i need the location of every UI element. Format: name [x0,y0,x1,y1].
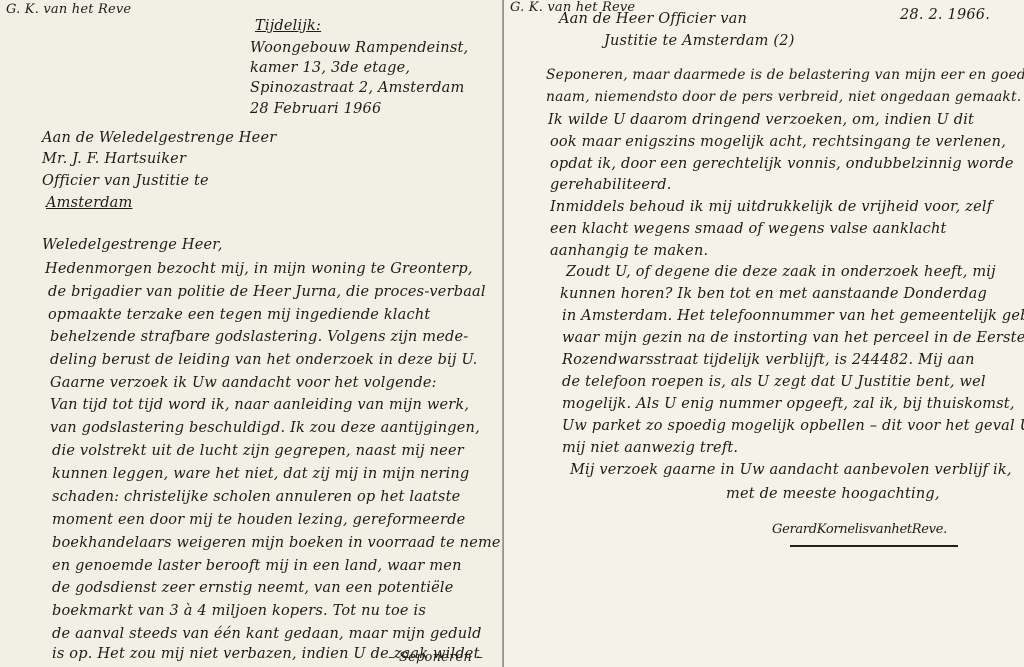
body-line: mij niet aanwezig treft. [562,440,738,456]
body-line: Inmiddels behoud ik mij uitdrukkelijk de… [550,199,992,215]
body-line: Ik wilde U daarom dringend verzoeken, om… [548,112,974,128]
closing: met de meeste hoogachting, [726,486,940,502]
letter-page-2: G. K. van het Reve Aan de Heer Officier … [504,0,1024,667]
body-line: van godslastering beschuldigd. Ik zou de… [50,420,480,436]
body-line: kunnen horen? Ik ben tot en met aanstaan… [560,286,987,302]
body-line: naam, niemendsto door de pers verbreid, … [546,89,1021,105]
body-line: Seponeren, maar daarmede is de belasteri… [546,67,1024,83]
address-line: Woongebouw Rampendeinst, [250,40,468,56]
body-line: boekhandelaars weigeren mijn boeken in v… [52,535,515,551]
body-line: opmaakte terzake een tegen mij ingediend… [48,307,430,323]
catchword: – Seponeren – [388,650,483,665]
body-line: gerehabiliteerd. [550,177,672,193]
body-line: een klacht wegens smaad of wegens valse … [550,221,947,237]
letter-date: 28. 2. 1966. [900,7,990,23]
body-line: waar mijn gezin na de instorting van het… [562,330,1024,346]
body-line: moment een door mij te houden lezing, ge… [52,512,465,528]
recipient-city: Amsterdam [46,195,132,211]
body-line: de telefoon roepen is, als U zegt dat U … [562,374,986,390]
body-line: de aanval steeds van één kant gedaan, ma… [52,626,482,642]
sender-name: G. K. van het Reve [6,2,131,17]
salutation: Weledelgestrenge Heer, [42,237,223,253]
address-heading: Tijdelijk: [255,18,321,34]
recipient-line: Aan de Weledelgestrenge Heer [42,130,276,146]
body-line: Rozendwarsstraat tijdelijk verblijft, is… [562,352,975,368]
body-line: kunnen leggen, ware het niet, dat zij mi… [52,466,469,482]
body-line: die volstrekt uit de lucht zijn gegrepen… [52,443,464,459]
heading-line: Justitie te Amsterdam (2) [604,33,795,49]
body-line: Van tijd tot tijd word ik, naar aanleidi… [50,397,469,413]
letter-date: 28 Februari 1966 [250,101,381,117]
body-line: aanhangig te maken. [550,243,708,259]
body-line: en genoemde laster berooft mij in een la… [52,558,462,574]
body-line: boekmarkt van 3 à 4 miljoen kopers. Tot … [52,603,426,619]
body-line: opdat ik, door een gerechtelijk vonnis, … [550,156,1014,172]
body-line: Mij verzoek gaarne in Uw aandacht aanbev… [570,462,1012,478]
body-line: schaden: christelijke scholen annuleren … [52,489,460,505]
recipient-line: Mr. J. F. Hartsuiker [42,151,186,167]
letter-page-1: G. K. van het Reve Tijdelijk: Woongebouw… [0,0,503,667]
signature: GerardKornelisvanhetReve. [772,522,947,537]
body-line: behelzende strafbare godslastering. Volg… [50,329,468,345]
body-line: Hedenmorgen bezocht mij, in mijn woning … [45,261,473,277]
body-line: Zoudt U, of degene die deze zaak in onde… [566,264,996,280]
recipient-line: Officier van Justitie te [42,173,209,189]
body-line: in Amsterdam. Het telefoonnummer van het… [562,308,1024,324]
address-line: kamer 13, 3de etage, [250,60,410,76]
body-line: de godsdienst zeer ernstig neemt, van ee… [52,580,454,596]
body-line: Gaarne verzoek ik Uw aandacht voor het v… [50,375,437,391]
body-line: mogelijk. Als U enig nummer opgeeft, zal… [562,396,1015,412]
body-line: Uw parket zo spoedig mogelijk opbellen –… [562,418,1024,434]
body-line: deling berust de leiding van het onderzo… [50,352,477,368]
signature-underline [790,545,958,547]
heading-line: Aan de Heer Officier van [559,11,747,27]
body-line: de brigadier van politie de Heer Jurna, … [48,284,486,300]
body-line: ook maar enigszins mogelijk acht, rechts… [550,134,1006,150]
address-line: Spinozastraat 2, Amsterdam [250,80,464,96]
